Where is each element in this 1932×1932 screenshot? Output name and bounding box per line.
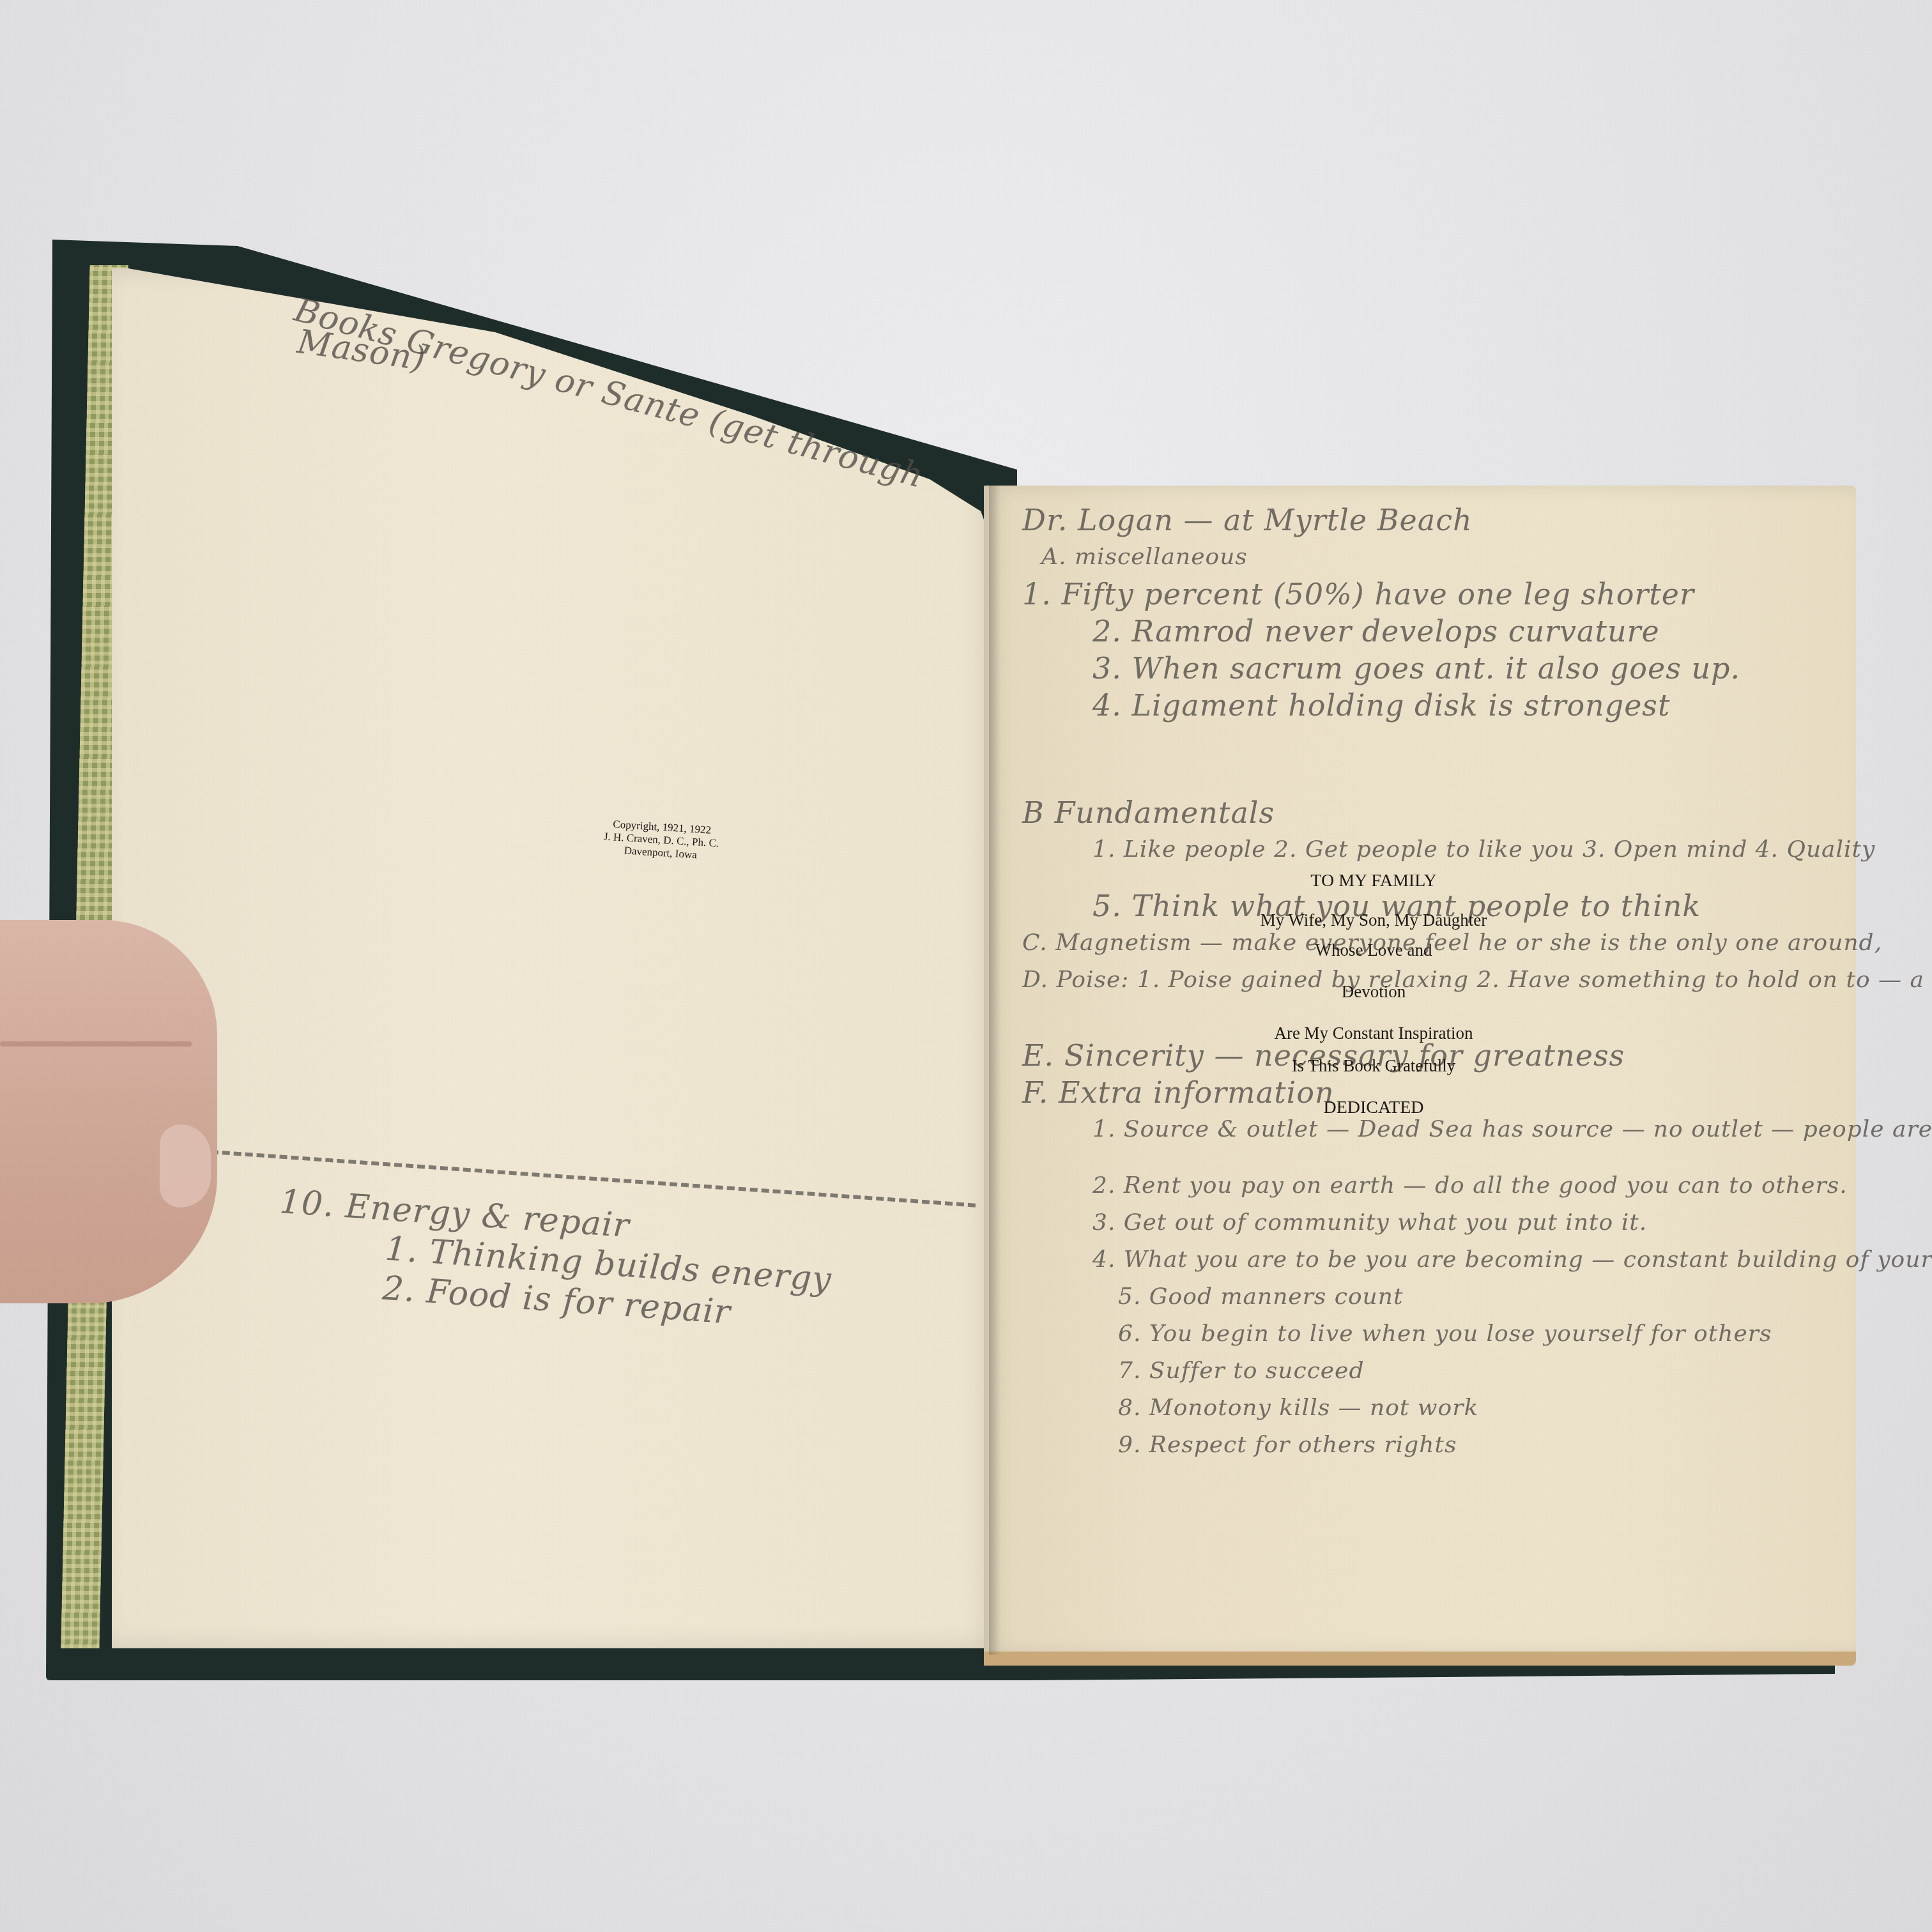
note-line: 4. Ligament holding disk is strongest xyxy=(1022,687,1932,724)
note-line: 6. You begin to live when you lose yours… xyxy=(1022,1315,1932,1353)
note-line: A. miscellaneous xyxy=(1022,539,1932,576)
note-line: 2. Rent you pay on earth — do all the go… xyxy=(1022,1167,1932,1204)
note-line: 5. Good manners count xyxy=(1022,1278,1932,1315)
note-line: Dr. Logan — at Myrtle Beach xyxy=(1022,502,1932,539)
thumbnail xyxy=(160,1124,211,1207)
dedication-line: My Wife, My Son, My Daughter xyxy=(1214,912,1533,929)
note-line: 7. Suffer to succeed xyxy=(1022,1353,1932,1390)
note-line: 1. Like people 2. Get people to like you… xyxy=(1022,831,1932,868)
note-line: 4. What you are to be you are becoming —… xyxy=(1022,1241,1932,1278)
book-gutter xyxy=(989,486,1000,1655)
dedication-line: Are My Constant Inspiration xyxy=(1214,1025,1533,1042)
note-line: B Fundamentals xyxy=(1022,794,1932,831)
note-line: 1. Source & outlet — Dead Sea has source… xyxy=(1022,1111,1932,1148)
note-line: 8. Monotony kills — not work xyxy=(1022,1390,1932,1427)
hand-holding-book xyxy=(0,920,217,1303)
finger-crease xyxy=(0,1041,192,1046)
dedication-line: Whose Love and xyxy=(1214,942,1533,959)
note-line: 3. When sacrum goes ant. it also goes up… xyxy=(1022,650,1932,687)
dedication-footer: DEDICATED xyxy=(1214,1099,1533,1116)
note-line: 2. Ramrod never develops curvature xyxy=(1022,613,1932,650)
handwritten-book-note: Books Gregory or Sante (get through Maso… xyxy=(300,291,950,361)
note-line: 3. Get out of community what you put int… xyxy=(1022,1204,1932,1241)
printed-dedication: TO MY FAMILY My Wife, My Son, My Daughte… xyxy=(1214,872,1533,1116)
dedication-line: Is This Book Gratefully xyxy=(1214,1057,1533,1075)
page-edge xyxy=(984,1652,1856,1666)
dedication-line: Devotion xyxy=(1214,983,1533,1000)
note-line: 1. Fifty percent (50%) have one leg shor… xyxy=(1022,576,1932,613)
note-line: 9. Respect for others rights xyxy=(1022,1427,1932,1464)
dedication-title: TO MY FAMILY xyxy=(1214,872,1533,889)
